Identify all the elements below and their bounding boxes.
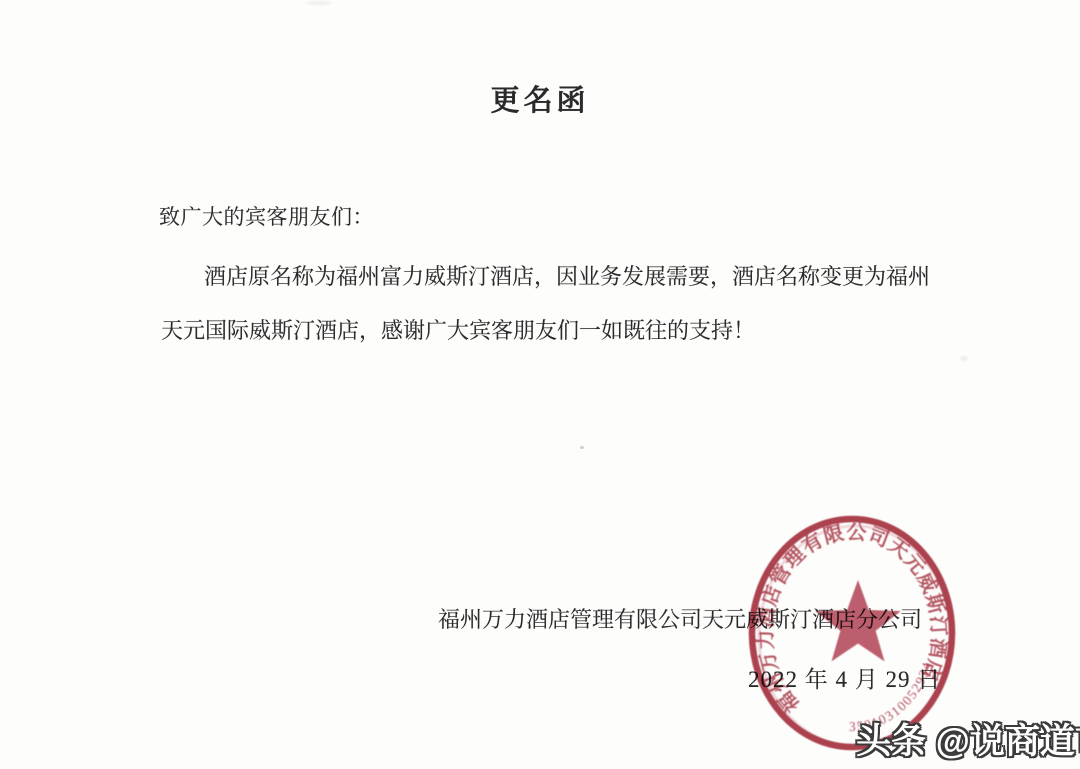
body-line-2: 天元国际威斯汀酒店，感谢广大宾客朋友们一如既往的支持！: [161, 316, 755, 346]
scan-speck: [580, 446, 584, 449]
letter-title: 更名函: [0, 82, 1080, 121]
letter-page: 更名函 致广大的宾客朋友们： 酒店原名称为福州富力威斯汀酒店，因业务发展需要，酒…: [0, 0, 1080, 769]
scan-smudge: [960, 356, 968, 361]
seal-ring-smudge: [759, 526, 951, 746]
letter-date: 2022 年 4 月 29 日: [748, 664, 941, 695]
body-line-1: 酒店原名称为福州富力威斯汀酒店，因业务发展需要，酒店名称变更为福州: [204, 262, 930, 292]
salutation-line: 致广大的宾客朋友们：: [159, 203, 374, 231]
company-signature-line: 福州万力酒店管理有限公司天元威斯汀酒店分公司: [438, 605, 922, 635]
scan-smudge: [306, 1, 332, 5]
toutiao-watermark: 头条 @说商道市: [856, 714, 1080, 764]
